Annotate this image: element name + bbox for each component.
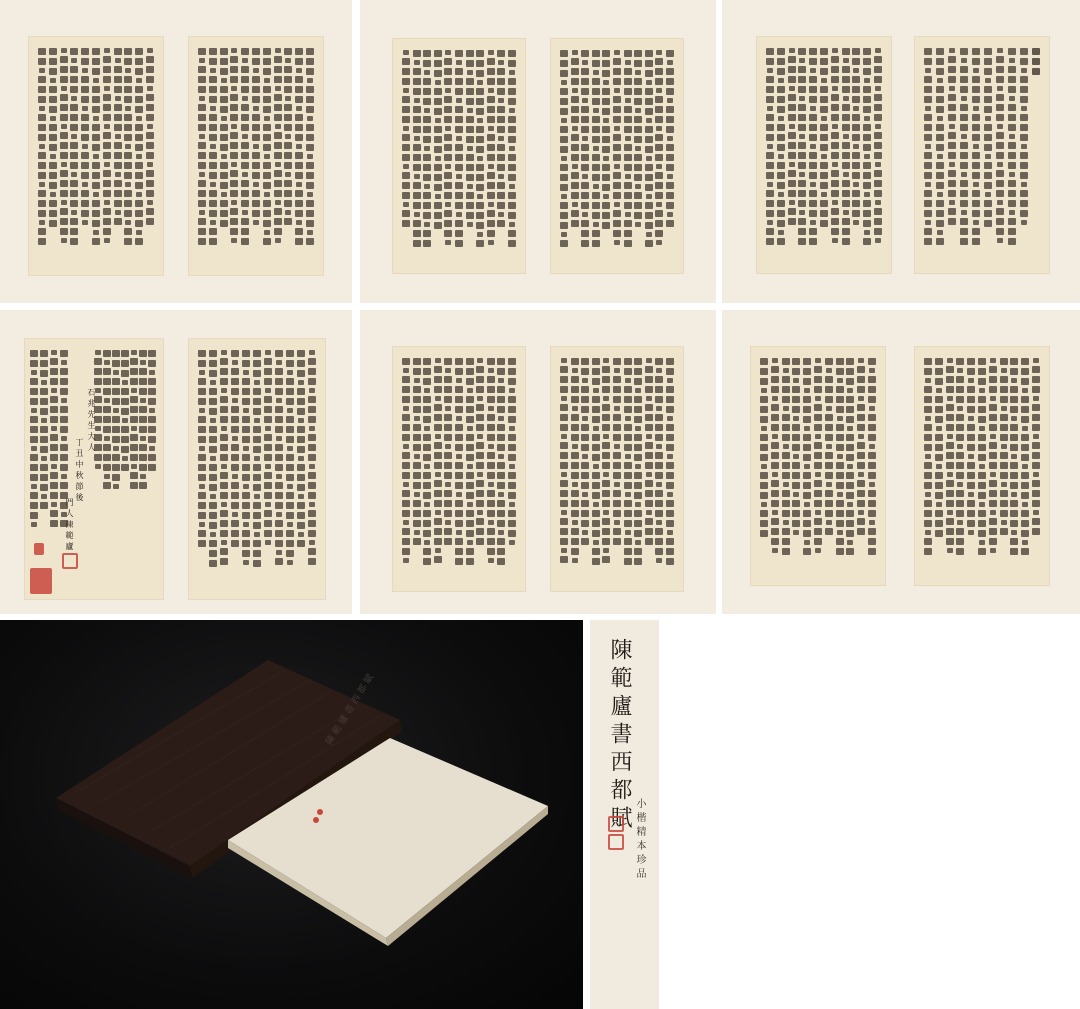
text-column	[782, 358, 790, 574]
text-column	[434, 50, 442, 262]
text-column	[645, 50, 653, 262]
leaf-left	[392, 38, 526, 274]
text-column	[209, 350, 217, 588]
seal-small	[62, 553, 78, 569]
text-column	[274, 48, 282, 264]
leaf-left	[750, 346, 886, 586]
text-column	[924, 358, 932, 574]
text-column	[624, 358, 632, 580]
text-column	[846, 358, 854, 574]
text-column	[487, 50, 495, 262]
text-column	[1032, 48, 1040, 262]
text-column	[70, 48, 78, 264]
text-column	[466, 358, 474, 580]
text-column	[103, 48, 111, 264]
seal-large	[30, 568, 52, 594]
text-column	[297, 350, 305, 588]
text-column	[868, 358, 876, 574]
text-column	[413, 50, 421, 262]
title-text: 陳範廬書西都賦	[604, 638, 635, 834]
leaf-right	[550, 38, 684, 274]
album-page-4-colophon: 石兆先生大人 丁丑中秋節後 門人陳範廬	[0, 310, 352, 614]
text-column	[645, 358, 653, 580]
text-column	[1021, 358, 1029, 574]
leaf-right	[914, 36, 1050, 274]
text-column	[571, 50, 579, 262]
text-column	[124, 48, 132, 264]
text-column	[624, 50, 632, 262]
text-column	[863, 48, 871, 262]
text-column	[924, 48, 932, 262]
text-column	[592, 50, 600, 262]
text-column	[814, 358, 822, 574]
text-column	[760, 358, 768, 574]
text-column	[60, 48, 68, 264]
text-column	[38, 48, 46, 264]
text-column	[139, 350, 147, 500]
leaf-right	[914, 346, 1050, 586]
album-page-3	[722, 0, 1080, 303]
text-column	[135, 48, 143, 264]
text-column	[92, 48, 100, 264]
text-column	[666, 358, 674, 580]
text-column	[960, 48, 968, 262]
text-column	[497, 358, 505, 580]
text-column	[803, 358, 811, 574]
text-column	[114, 48, 122, 264]
album-photo: 陳範廬書西都賦	[0, 620, 583, 1009]
text-column	[253, 350, 261, 588]
text-column	[989, 358, 997, 574]
text-column	[560, 358, 568, 580]
leaf-left	[392, 346, 526, 592]
text-column	[1000, 358, 1008, 574]
album-page-5	[360, 310, 716, 614]
text-column	[1032, 358, 1040, 574]
text-column	[60, 350, 68, 540]
text-column	[978, 358, 986, 574]
text-column	[241, 48, 249, 264]
text-column	[402, 50, 410, 262]
text-column	[198, 350, 206, 588]
album-page-6	[722, 310, 1080, 614]
text-column	[103, 350, 111, 500]
text-column	[936, 48, 944, 262]
text-column	[996, 48, 1004, 262]
text-column	[264, 350, 272, 588]
text-column	[286, 350, 294, 588]
seal-small-2	[34, 543, 44, 555]
text-column	[263, 48, 271, 264]
leaf-right	[550, 346, 684, 592]
text-column	[777, 48, 785, 262]
seal-1	[608, 816, 624, 832]
seal-2	[608, 834, 624, 850]
text-column	[146, 48, 154, 264]
text-column	[242, 350, 250, 588]
text-column	[766, 48, 774, 262]
text-column	[825, 358, 833, 574]
text-column	[402, 358, 410, 580]
text-column	[857, 358, 865, 574]
text-column	[148, 350, 156, 500]
text-column	[295, 48, 303, 264]
text-column	[40, 350, 48, 540]
text-column	[809, 48, 817, 262]
text-column	[423, 358, 431, 580]
text-column	[1010, 358, 1018, 574]
text-column	[508, 358, 516, 580]
text-column	[836, 358, 844, 574]
text-column	[831, 48, 839, 262]
text-column	[306, 48, 314, 264]
text-column	[581, 50, 589, 262]
text-column	[571, 358, 579, 580]
text-column	[284, 48, 292, 264]
text-column	[602, 358, 610, 580]
album-with-case-illustration	[0, 620, 583, 1009]
text-column	[946, 358, 954, 574]
text-column	[1008, 48, 1016, 262]
text-column	[972, 48, 980, 262]
text-column	[444, 358, 452, 580]
album-page-2	[360, 0, 716, 303]
text-column	[948, 48, 956, 262]
text-column	[49, 48, 57, 264]
leaf-right	[188, 338, 326, 600]
text-column	[560, 50, 568, 262]
text-column	[434, 358, 442, 580]
text-column	[655, 50, 663, 262]
text-column	[308, 350, 316, 588]
text-column	[1020, 48, 1028, 262]
text-column	[798, 48, 806, 262]
text-column	[209, 48, 217, 264]
text-column	[634, 50, 642, 262]
text-column	[121, 350, 129, 500]
text-column	[231, 350, 239, 588]
text-column	[50, 350, 58, 540]
text-column	[935, 358, 943, 574]
album-page-1	[0, 0, 352, 303]
text-column	[112, 350, 120, 500]
text-column	[444, 50, 452, 262]
text-column	[613, 358, 621, 580]
text-column	[788, 48, 796, 262]
text-column	[874, 48, 882, 262]
text-column	[967, 358, 975, 574]
text-column	[820, 48, 828, 262]
text-column	[466, 50, 474, 262]
text-column	[487, 358, 495, 580]
colophon-leaf: 石兆先生大人 丁丑中秋節後 門人陳範廬	[24, 338, 164, 600]
text-column	[230, 48, 238, 264]
text-column	[30, 350, 38, 540]
text-column	[581, 358, 589, 580]
text-column	[666, 50, 674, 262]
text-column	[771, 358, 779, 574]
text-column	[455, 358, 463, 580]
text-column	[455, 50, 463, 262]
leaf-right	[188, 36, 324, 276]
text-column	[634, 358, 642, 580]
text-column	[476, 50, 484, 262]
text-column	[476, 358, 484, 580]
text-column	[592, 358, 600, 580]
text-column	[413, 358, 421, 580]
text-column	[81, 48, 89, 264]
text-column	[220, 48, 228, 264]
text-column	[852, 48, 860, 262]
text-column	[655, 358, 663, 580]
text-column	[792, 358, 800, 574]
text-column	[842, 48, 850, 262]
text-column	[275, 350, 283, 588]
text-column	[252, 48, 260, 264]
text-column	[984, 48, 992, 262]
inscription-dedication: 石兆先生大人	[86, 388, 97, 454]
subtitle-text: 小楷精本珍品	[632, 798, 647, 882]
text-column	[956, 358, 964, 574]
leaf-left	[756, 36, 892, 274]
leaf-left	[28, 36, 164, 276]
text-column	[602, 50, 610, 262]
text-column	[198, 48, 206, 264]
text-column	[220, 350, 228, 588]
inscription-date: 丁丑中秋節後	[74, 438, 85, 504]
title-strip: 陳範廬書西都賦 小楷精本珍品	[590, 620, 659, 1009]
text-column	[423, 50, 431, 262]
text-column	[613, 50, 621, 262]
text-column	[130, 350, 138, 500]
text-column	[508, 50, 516, 262]
text-column	[497, 50, 505, 262]
